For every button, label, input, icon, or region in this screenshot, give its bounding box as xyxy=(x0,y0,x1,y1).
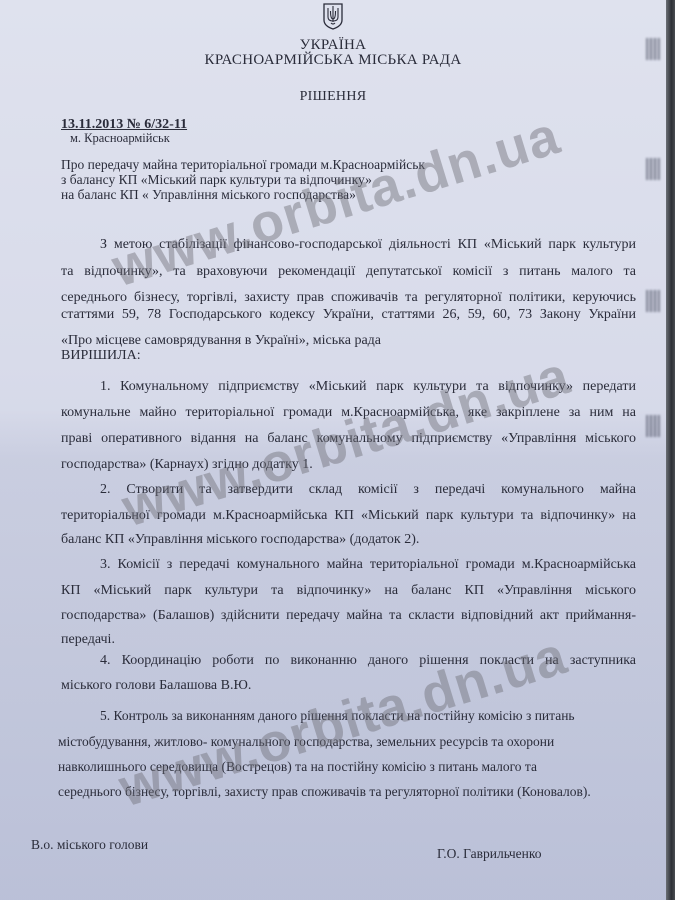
item-2-line: баланс КП «Управління міського господарс… xyxy=(61,532,419,548)
item-1-line: комунальне майно територіальної громади … xyxy=(61,405,636,421)
item-5-line: 5. Контроль за виконанням даного рішення… xyxy=(100,708,575,724)
print-artifact xyxy=(646,158,660,180)
item-1-line: господарства» (Карнаух) згідно додатку 1… xyxy=(61,457,313,473)
item-2-line: територіальної громади м.Красноармійська… xyxy=(61,508,636,524)
item-1-line: праві оперативного відання на баланс ком… xyxy=(61,431,636,447)
item-3-line: передачі. xyxy=(61,632,115,648)
signature-name: Г.О. Гаврильченко xyxy=(437,846,541,862)
subject-line: на баланс КП « Управління міського госпо… xyxy=(61,187,356,203)
item-5-line: навколишнього середовища (Вострецов) та … xyxy=(58,759,537,775)
print-artifact xyxy=(646,290,660,312)
print-artifact xyxy=(646,38,660,60)
preamble-line: З метою стабілізації фінансово-господарс… xyxy=(61,237,636,253)
decision-city: м. Красноармійськ xyxy=(70,131,170,146)
subject-line: Про передачу майна територіальної громад… xyxy=(61,157,425,173)
background-edge xyxy=(666,0,675,900)
item-1-line: 1. Комунальному підприємству «Міський па… xyxy=(61,379,636,395)
item-5-line: середнього бізнесу, торгівлі, захисту пр… xyxy=(58,784,591,800)
decided-heading: ВИРІШИЛА: xyxy=(61,348,141,364)
ukraine-trident-icon xyxy=(322,2,344,30)
subject-line: з балансу КП «Міський парк культури та в… xyxy=(61,172,372,188)
preamble-line: середнього бізнесу, торгівлі, захисту пр… xyxy=(61,290,636,306)
preamble-line: статтями 59, 78 Господарського кодексу У… xyxy=(61,307,636,323)
item-4-line: 4. Координацію роботи по виконанню даног… xyxy=(61,653,636,669)
item-3-line: КП «Міський парк культури та відпочинку»… xyxy=(61,583,636,599)
item-3-line: господарства» (Балашов) здійснити переда… xyxy=(61,608,636,624)
council-heading: КРАСНОАРМІЙСЬКА МІСЬКА РАДА xyxy=(0,52,666,69)
document-page: УКРАЇНА КРАСНОАРМІЙСЬКА МІСЬКА РАДА РІШЕ… xyxy=(0,0,666,900)
preamble-line: «Про місцеве самоврядування в Україні», … xyxy=(61,333,381,349)
item-3-line: 3. Комісії з передачі комунального майна… xyxy=(61,557,636,573)
item-5-line: містобудування, житлово- комунального го… xyxy=(58,734,554,750)
document-type-heading: РІШЕННЯ xyxy=(0,89,666,105)
item-4-line: міського голови Балашова В.Ю. xyxy=(61,678,251,694)
preamble-line: та відпочинку», та враховуючи рекомендац… xyxy=(61,264,636,280)
print-artifact xyxy=(646,415,660,437)
item-2-line: 2. Створити та затвердити склад комісії … xyxy=(61,482,636,498)
signature-position: В.о. міського голови xyxy=(31,837,148,853)
